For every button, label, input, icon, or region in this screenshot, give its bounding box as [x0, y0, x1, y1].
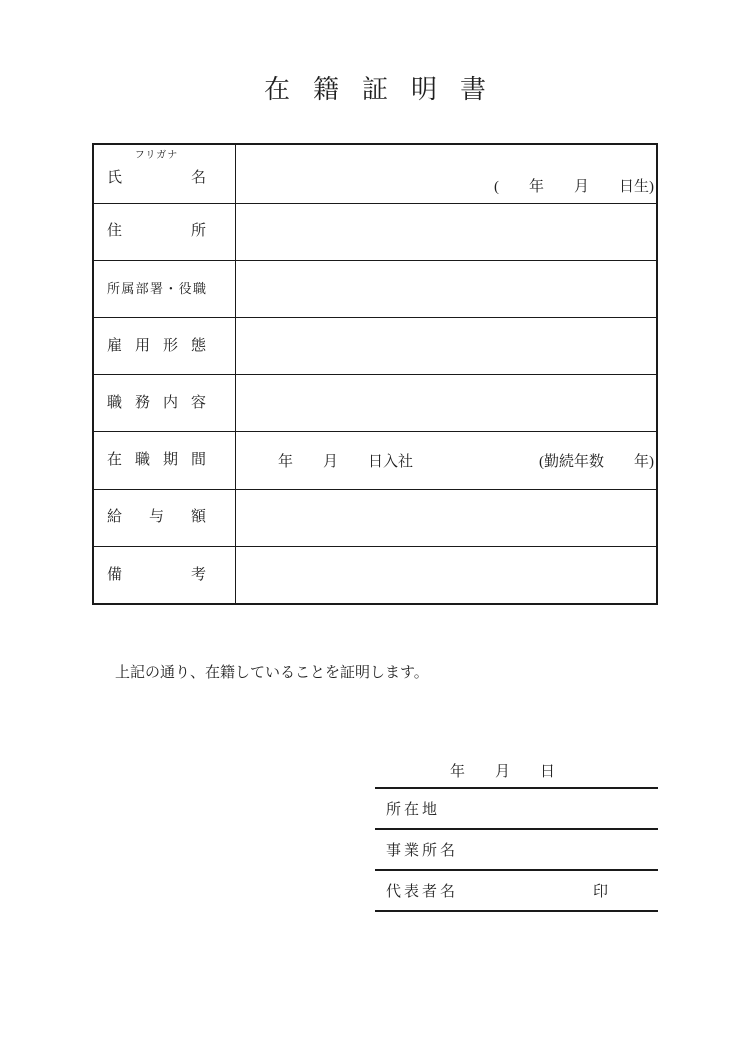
- name-value-cell: ( 年 月 日生): [236, 145, 656, 203]
- signature-row-office-name: 事業所名: [375, 830, 658, 871]
- join-date-placeholder: 年 月 日入社: [278, 450, 413, 471]
- remarks-label-cell: 備考: [94, 547, 236, 603]
- department-label: 所属部署・役職: [107, 281, 206, 297]
- representative-label: 代表者名: [386, 880, 458, 901]
- table-row-department: 所属部署・役職: [94, 261, 656, 318]
- name-label: 氏名: [107, 169, 206, 188]
- table-row-employment-type: 雇用形態: [94, 318, 656, 375]
- name-label-cell: フリガナ 氏名: [94, 145, 236, 203]
- employment-period-value-cell: 年 月 日入社 (勤続年数 年): [236, 432, 656, 488]
- address-label-cell: 住所: [94, 204, 236, 260]
- office-name-label: 事業所名: [386, 839, 458, 860]
- signature-row-location: 所在地: [375, 789, 658, 830]
- remarks-label: 備考: [107, 566, 206, 585]
- years-of-service-placeholder: (勤続年数 年): [539, 450, 654, 471]
- job-description-label-cell: 職務内容: [94, 375, 236, 431]
- document-page: 在籍証明書 フリガナ 氏名 ( 年 月 日生) 住所 所属部署・役職: [0, 0, 750, 1061]
- salary-label-cell: 給与額: [94, 490, 236, 546]
- address-value-cell: [236, 204, 656, 260]
- birthdate-placeholder: ( 年 月 日生): [494, 175, 654, 196]
- furigana-label: フリガナ: [107, 150, 206, 162]
- employment-type-label-cell: 雇用形態: [94, 318, 236, 374]
- salary-label: 給与額: [107, 508, 206, 527]
- employment-type-value-cell: [236, 318, 656, 374]
- address-label: 住所: [107, 222, 206, 241]
- remarks-value-cell: [236, 547, 656, 603]
- signature-block: 年 月 日 所在地 事業所名 代表者名 印: [375, 757, 658, 912]
- job-description-value-cell: [236, 375, 656, 431]
- table-row-employment-period: 在職期間 年 月 日入社 (勤続年数 年): [94, 432, 656, 489]
- table-row-name: フリガナ 氏名 ( 年 月 日生): [94, 145, 656, 204]
- signature-row-representative: 代表者名 印: [375, 871, 658, 912]
- table-row-job-description: 職務内容: [94, 375, 656, 432]
- document-title: 在籍証明書: [0, 75, 750, 105]
- department-label-cell: 所属部署・役職: [94, 261, 236, 317]
- location-label: 所在地: [386, 798, 440, 819]
- employment-type-label: 雇用形態: [107, 337, 206, 356]
- job-description-label: 職務内容: [107, 394, 206, 413]
- seal-mark: 印: [593, 880, 608, 901]
- table-row-salary: 給与額: [94, 490, 656, 547]
- date-line: 年 月 日: [375, 757, 658, 789]
- employment-certificate-table: フリガナ 氏名 ( 年 月 日生) 住所 所属部署・役職 雇用形態: [92, 143, 658, 605]
- department-value-cell: [236, 261, 656, 317]
- employment-period-label: 在職期間: [107, 451, 206, 470]
- table-row-address: 住所: [94, 204, 656, 261]
- salary-value-cell: [236, 490, 656, 546]
- certification-statement: 上記の通り、在籍していることを証明します。: [115, 664, 429, 684]
- employment-period-label-cell: 在職期間: [94, 432, 236, 488]
- table-row-remarks: 備考: [94, 547, 656, 603]
